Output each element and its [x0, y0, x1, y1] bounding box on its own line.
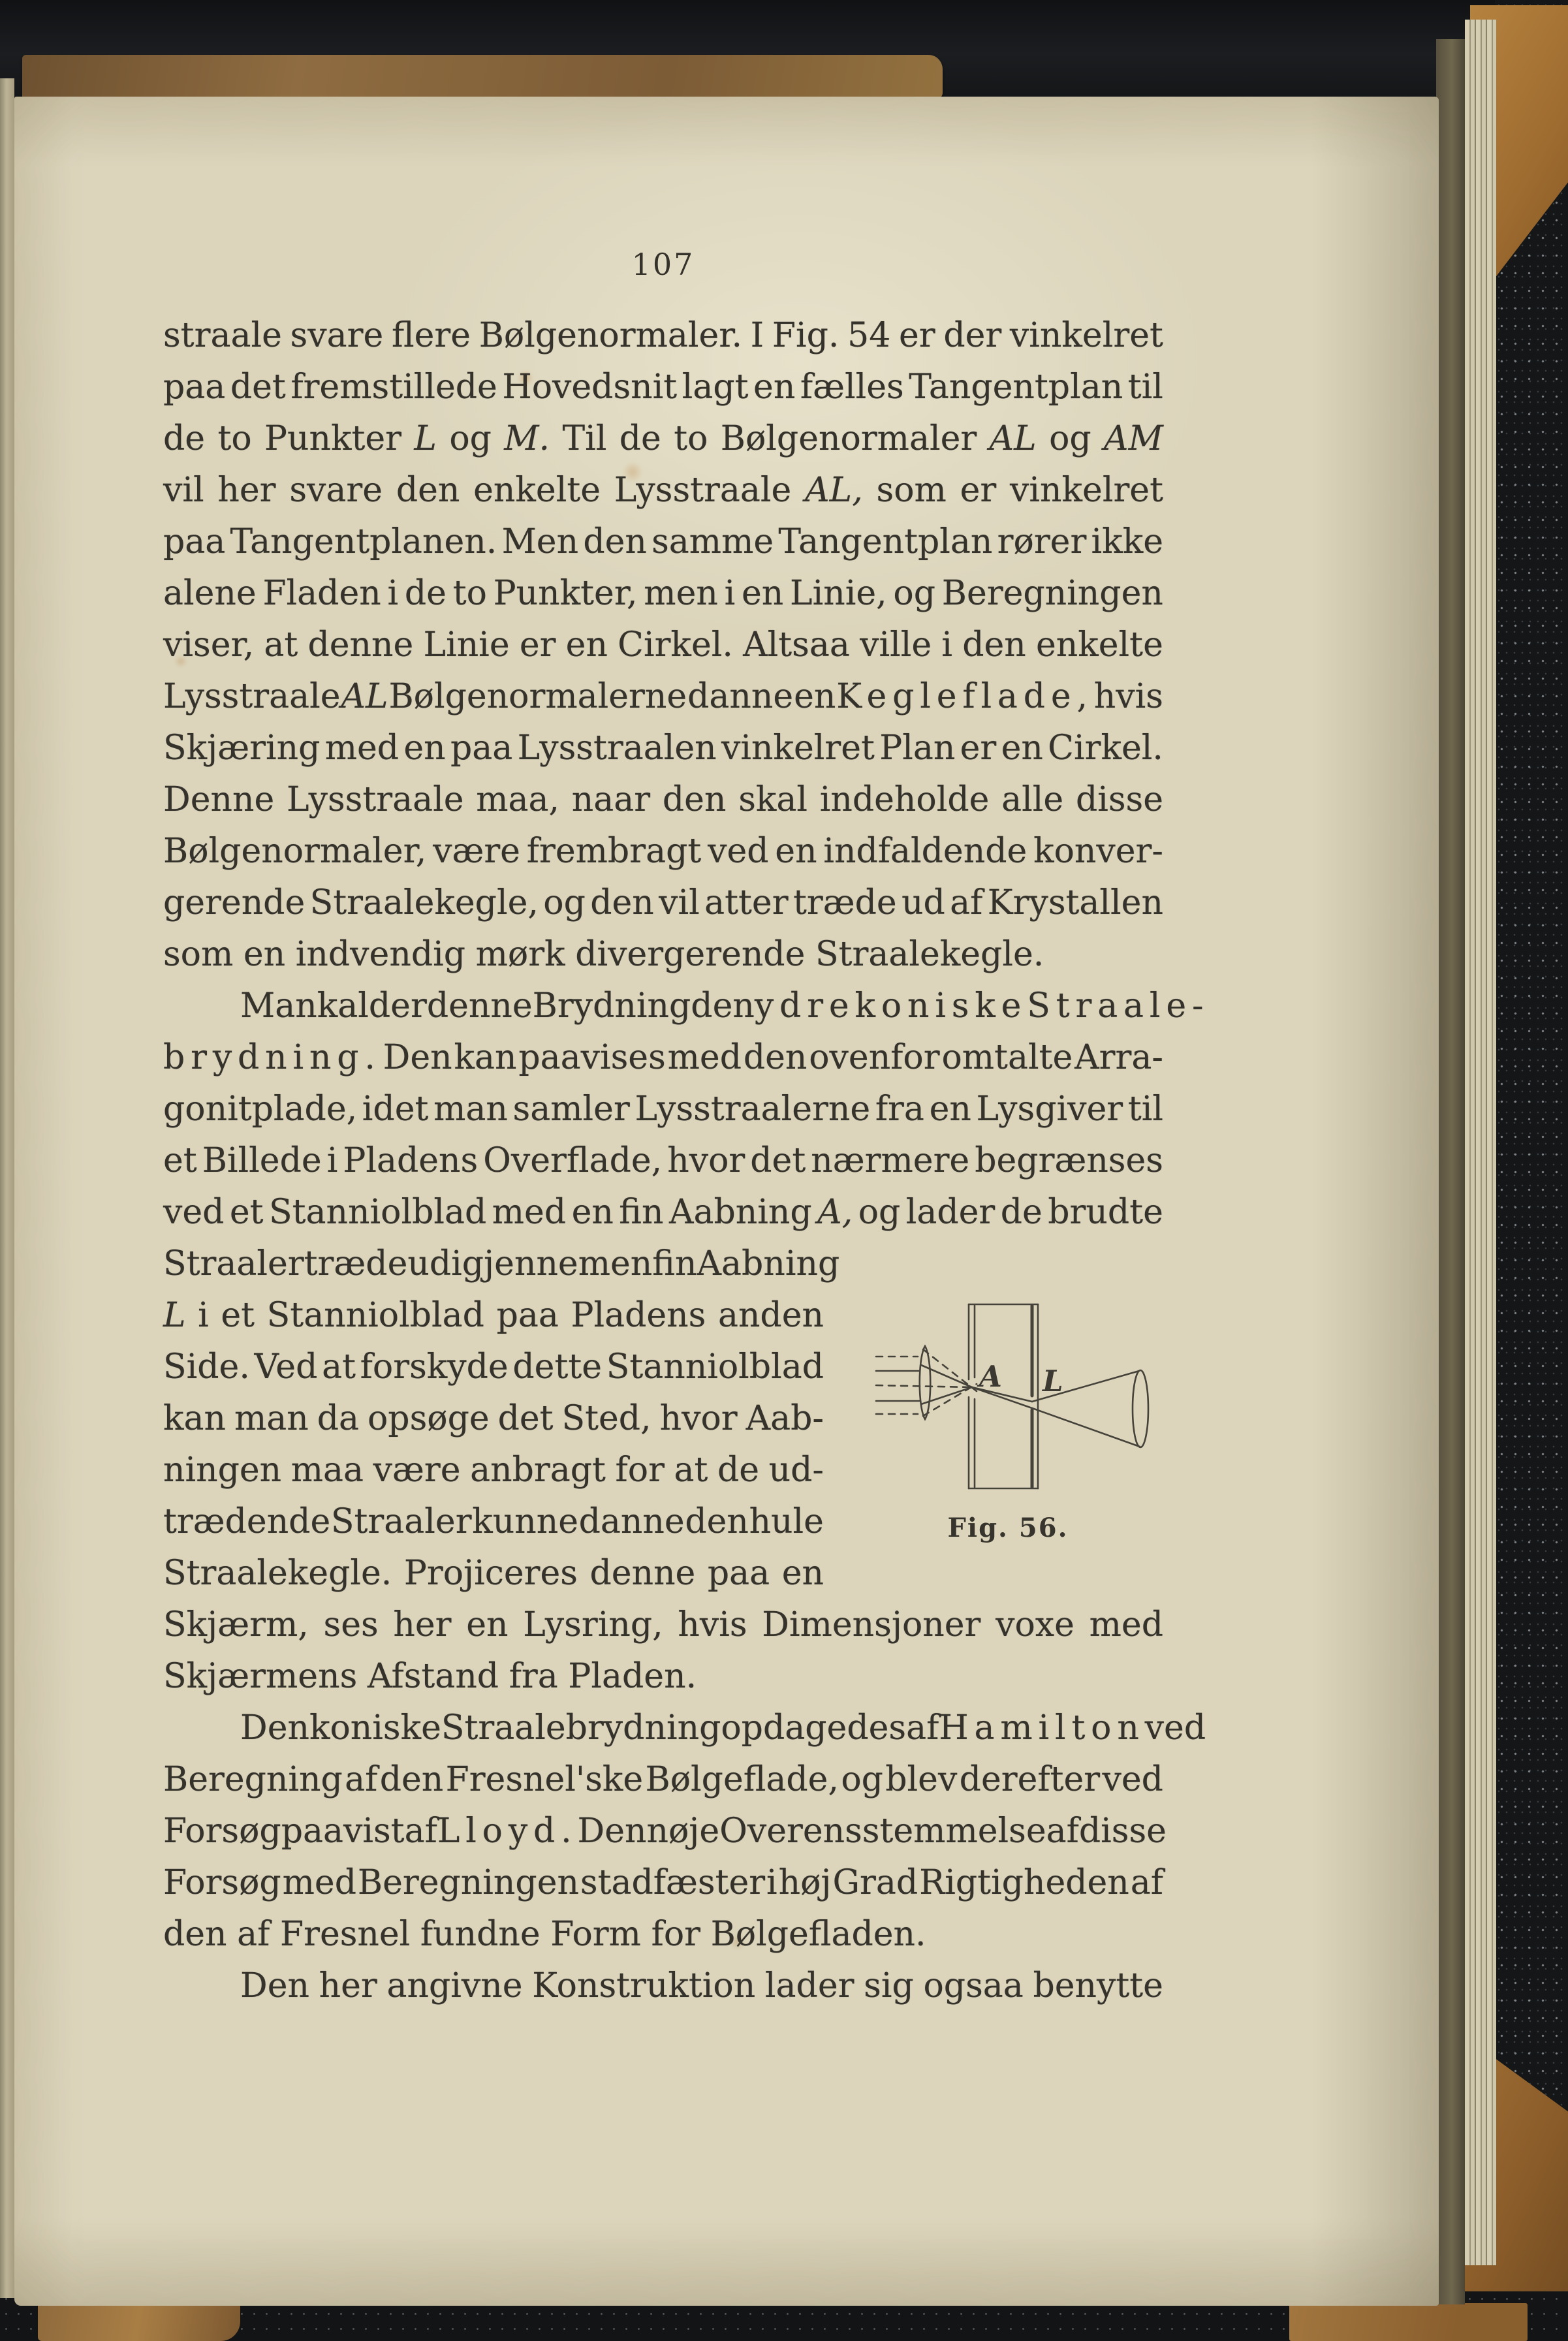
text-line: aleneFladenidetoPunkter,menienLinie,ogBe… [163, 568, 1163, 620]
word: Afstand [368, 1651, 499, 1703]
word: Lysstraale [614, 465, 792, 516]
word: en [572, 1187, 614, 1238]
word: af [1131, 1857, 1163, 1909]
word: anbragt [470, 1445, 606, 1496]
word: fra [875, 1084, 924, 1135]
text-line: ForsøgmedBeregningenstadfæsterihøjGradRi… [163, 1857, 1163, 1909]
word: af [1046, 1806, 1079, 1857]
word: indfaldende [823, 826, 1027, 877]
word: et [221, 1290, 255, 1342]
word: Projiceres [404, 1548, 578, 1599]
word: gerende [163, 877, 305, 929]
word: derefter [960, 1754, 1100, 1806]
word: træde [793, 877, 897, 929]
text-line: SkjæringmedenpaaLysstraalenvinkelretPlan… [163, 723, 1163, 774]
word: Lysstraale [163, 671, 341, 723]
word: Straalekegle. [163, 1548, 392, 1599]
word: lader [765, 1960, 855, 2012]
text-line: gerendeStraalekegle,ogdenvilattertrædeud… [163, 877, 1163, 929]
word: Stanniolblad [267, 1290, 484, 1342]
word: samme [651, 516, 774, 568]
text-line: Straalekegle.Projiceresdennepaaen [163, 1548, 824, 1599]
word: mørk [476, 929, 565, 981]
word: fin [619, 1187, 663, 1238]
word: Bølgenormaler. [479, 310, 742, 362]
word: alene [163, 568, 257, 620]
word: Arra- [1074, 1032, 1163, 1084]
text-line: paaTangentplanen.MendensammeTangentplanr… [163, 516, 1163, 568]
word: ved [163, 1187, 224, 1238]
word: Fladen [262, 568, 381, 620]
word: hvor [667, 1135, 745, 1187]
word: angivne [386, 1960, 522, 2012]
text-line: ningenmaaværeanbragtforatdeud- [163, 1445, 824, 1496]
cone-base-ellipse [1133, 1370, 1148, 1447]
word: denne [307, 620, 413, 671]
word: den [685, 1496, 749, 1548]
word: Ved [255, 1342, 318, 1393]
word: naar [572, 774, 650, 826]
text-line: etBilledeiPladensOverflade,hvordetnærmer… [163, 1135, 1163, 1187]
word: Beregningen [358, 1857, 579, 1909]
word: to [453, 568, 487, 620]
word: koniske [309, 1703, 441, 1754]
word: høj [779, 1857, 832, 1909]
word: her [393, 1599, 451, 1651]
word: af [345, 1754, 377, 1806]
word: Lysring, [523, 1599, 663, 1651]
word: Hamilton [939, 1703, 1144, 1754]
word: den [962, 620, 1026, 671]
word: den [583, 516, 647, 568]
word: ovenfor [809, 1032, 939, 1084]
word: igjennem [451, 1238, 610, 1290]
word: er [520, 620, 556, 671]
text-line: Side.VedatforskydedetteStanniolblad [163, 1342, 824, 1393]
word: Den [240, 1703, 309, 1754]
text-line: LysstraaleALBølgenormalernedanneenKeglef… [163, 671, 1163, 723]
word: Straaler [331, 1496, 472, 1548]
word: i [387, 568, 398, 620]
word: disse [1076, 774, 1163, 826]
word: og [543, 877, 586, 929]
word: paa [163, 362, 225, 413]
word: Punkter, [494, 568, 638, 620]
text-line: vilhersvaredenenkelteLysstraaleAL,somerv… [163, 465, 1163, 516]
word: og [449, 413, 492, 465]
word: skal [738, 774, 808, 826]
word: Bølgeflade, [646, 1754, 839, 1806]
word: en [742, 568, 783, 620]
word: Pladens [571, 1290, 706, 1342]
word: og [858, 1187, 901, 1238]
word: ved [1145, 1703, 1206, 1754]
word: Til [562, 413, 606, 465]
text-line: paadetfremstilledeHovedsnitlagtenfællesT… [163, 362, 1163, 413]
word: anden [718, 1290, 824, 1342]
word: AL [341, 671, 388, 723]
word: Kegleflade, [836, 671, 1093, 723]
text-line: kanmandaopsøgedetSted,hvorAab- [163, 1393, 824, 1445]
word: Forsøg [163, 1857, 281, 1909]
word: lader [906, 1187, 996, 1238]
cone-lower-edge [1032, 1408, 1140, 1447]
word: maa [291, 1445, 364, 1496]
word: Rigtigheden [919, 1857, 1129, 1909]
word: disse [1079, 1806, 1167, 1857]
word: Stanniolblad [269, 1187, 486, 1238]
word: Lysstraalerne [635, 1084, 870, 1135]
word: Straale- [1027, 981, 1209, 1032]
word: straale [163, 310, 282, 362]
word: Overflade, [483, 1135, 662, 1187]
word: kalder [317, 981, 427, 1032]
word: I [751, 310, 764, 362]
word: alle [1001, 774, 1063, 826]
word: Straalekegle, [310, 877, 539, 929]
cover-right-panel [1495, 0, 1568, 2341]
word: kunne [472, 1496, 578, 1548]
word: hule [749, 1496, 824, 1548]
word: være [373, 1445, 461, 1496]
word: Overensstemmelse [719, 1806, 1046, 1857]
word: med [668, 1032, 742, 1084]
text-line: BeregningafdenFresnel'skeBølgeflade,ogbl… [163, 1754, 1163, 1806]
word: en [403, 723, 445, 774]
word: enkelte [1036, 620, 1163, 671]
word: ikke [1091, 516, 1163, 568]
word: samler [513, 1084, 630, 1135]
word: ud [902, 877, 945, 929]
word: en [466, 1599, 508, 1651]
word: Cirkel. [618, 620, 733, 671]
word: i [941, 620, 952, 671]
word: en [753, 362, 795, 413]
word: benytte [1033, 1960, 1163, 2012]
body-text: straalesvareflereBølgenormaler.IFig.54er… [163, 310, 1163, 2012]
word: sig [864, 1960, 914, 2012]
word: Skjærm, [163, 1599, 309, 1651]
text-line: Bølgenormaler,værefrembragtvedenindfalde… [163, 826, 1163, 877]
word: Form [550, 1909, 641, 1960]
word: det [498, 1393, 554, 1445]
word: svare [290, 310, 384, 362]
word: i [198, 1290, 209, 1342]
word: Fresnel'ske [446, 1754, 644, 1806]
word: træde [304, 1238, 408, 1290]
word: paa [163, 516, 225, 568]
word: her [319, 1960, 377, 2012]
word: Lysstraalen [518, 723, 717, 774]
word: 54 [847, 310, 890, 362]
word: for [651, 1909, 700, 1960]
text-line: DenherangivneKonstruktionladersigogsaabe… [163, 1960, 1163, 2012]
word: med [283, 1857, 356, 1909]
word: kan [163, 1393, 226, 1445]
word: Beregningen [942, 568, 1163, 620]
word: svare [289, 465, 383, 516]
word: Linie, [790, 568, 887, 620]
word: atter [704, 877, 788, 929]
word: Aabning [697, 1238, 839, 1290]
word: det [750, 1135, 806, 1187]
word: Bølgenormaler [721, 413, 977, 465]
text-line: trædendeStraalerkunnedannedenhule [163, 1496, 824, 1548]
word: de [1001, 1187, 1043, 1238]
word: af [906, 1703, 939, 1754]
word: ud- [769, 1445, 824, 1496]
word: Side. [163, 1342, 250, 1393]
word: Fresnel [280, 1909, 410, 1960]
word: et [230, 1187, 264, 1238]
word: indeholde [820, 774, 990, 826]
word: den [396, 465, 460, 516]
word: Straalekegle. [815, 929, 1044, 981]
word: ville [860, 620, 932, 671]
word: brydning. [163, 1032, 381, 1084]
word: hvis [1094, 671, 1163, 723]
word: Tangentplanen. [230, 516, 497, 568]
word: den [163, 1909, 227, 1960]
word: Tangentplan [909, 362, 1123, 413]
word: en [775, 826, 817, 877]
word: paa [708, 1548, 770, 1599]
word: Pladen. [568, 1651, 697, 1703]
word: de [717, 1445, 759, 1496]
optical-diagram-lines [876, 1304, 1148, 1488]
word: da [317, 1393, 359, 1445]
word: indvendig [296, 929, 465, 981]
word: en [1001, 723, 1043, 774]
word: med [492, 1187, 566, 1238]
word: idet [362, 1084, 429, 1135]
word: voxe [996, 1599, 1074, 1651]
word: med [1090, 1599, 1163, 1651]
text-line: DenneLysstraalemaa,naardenskalindeholdea… [163, 774, 1163, 826]
word: vinkelret [1010, 310, 1163, 362]
word: danne [579, 1496, 685, 1548]
word: at [674, 1445, 708, 1496]
word: i [766, 1857, 777, 1909]
word: det [230, 362, 286, 413]
word: den [590, 877, 654, 929]
word: forskyde [360, 1342, 509, 1393]
word: paa [450, 723, 512, 774]
text-line: gonitplade,idetmansamlerLysstraalernefra… [163, 1084, 1163, 1135]
word: divergerende [575, 929, 805, 981]
word: af [237, 1909, 270, 1960]
word: Plan [879, 723, 955, 774]
word: A, [817, 1187, 853, 1238]
word: ud [407, 1238, 451, 1290]
word: AL [990, 413, 1037, 465]
word: AM [1104, 413, 1163, 465]
word: for [616, 1445, 665, 1496]
word: Den [578, 1806, 647, 1857]
word: kan [454, 1032, 516, 1084]
word: være [433, 826, 520, 877]
word: Men [502, 516, 579, 568]
text-line: brydning.Denkanpaavisesmeddenovenforomta… [163, 1032, 1163, 1084]
word: brudte [1048, 1187, 1163, 1238]
word: ogsaa [923, 1960, 1023, 2012]
word: Stanniolblad [606, 1342, 824, 1393]
word: Punkter [264, 413, 401, 465]
word: hvor [660, 1393, 738, 1445]
text-line: StraalertrædeudigjennemenfinAabning [163, 1238, 824, 1290]
axial-ray-dashed [876, 1385, 971, 1387]
word: opdagedes [721, 1703, 906, 1754]
word: ses [324, 1599, 379, 1651]
text-line: LietStanniolbladpaaPladensanden [163, 1290, 824, 1342]
word: trædende [163, 1496, 330, 1548]
word: Bølgefladen. [711, 1909, 926, 1960]
word: denne [590, 1548, 696, 1599]
word: L [163, 1290, 186, 1342]
word: fremstillede [290, 362, 497, 413]
text-line: MankalderdenneBrydningdenydrekoniskeStra… [163, 981, 1163, 1032]
word: Altsaa [743, 620, 850, 671]
word: at [264, 620, 298, 671]
word: er [960, 723, 997, 774]
page-edge-stack [1465, 20, 1496, 2265]
word: Cirkel. [1048, 723, 1163, 774]
word: Hovedsnit [502, 362, 677, 413]
word: rører [997, 516, 1087, 568]
word: dette [512, 1342, 602, 1393]
word: et [163, 1135, 197, 1187]
word: enkelte [473, 465, 601, 516]
word: nærmere [811, 1135, 969, 1187]
word: er [960, 465, 997, 516]
word: Skjærmens [163, 1651, 357, 1703]
word: Bølgenormaler, [163, 826, 426, 877]
page-gutter-shadow [1436, 39, 1465, 2304]
text-line: SkjærmensAfstandfraPladen. [163, 1651, 1163, 1703]
word: ved [708, 826, 768, 877]
word: en [782, 1548, 824, 1599]
word: den [744, 1032, 808, 1084]
lens-outline [920, 1346, 931, 1419]
word: Aabning [669, 1187, 812, 1238]
word: en [243, 929, 285, 981]
word: vil [163, 465, 204, 516]
word: viser, [163, 620, 254, 671]
word: de [619, 413, 661, 465]
word: AL, [805, 465, 863, 516]
book-page: 107 straalesvareflereBølgenormaler.IFig.… [14, 97, 1439, 2306]
leather-strip-bottom-right [1289, 2303, 1528, 2341]
word: af [950, 877, 982, 929]
aperture-l-label: L [1041, 1364, 1063, 1398]
word: fundne [420, 1909, 541, 1960]
word: Pladens [343, 1135, 478, 1187]
word: Sted, [562, 1393, 651, 1445]
word: den [380, 1754, 444, 1806]
word: som [163, 929, 233, 981]
word: fra [509, 1651, 558, 1703]
word: i [327, 1135, 338, 1187]
word: Billede [202, 1135, 322, 1187]
word: er [899, 310, 935, 362]
word: de [405, 568, 447, 620]
word: paavises [518, 1032, 665, 1084]
word: begrænses [975, 1135, 1163, 1187]
word: at [322, 1342, 356, 1393]
word: to [674, 413, 708, 465]
word: af [405, 1806, 437, 1857]
word: en [794, 671, 836, 723]
word: og [1049, 413, 1091, 465]
word: paa [497, 1290, 559, 1342]
word: Krystallen [988, 877, 1163, 929]
text-line: viser,atdenneLinieerenCirkel.Altsaaville… [163, 620, 1163, 671]
word: Man [240, 981, 317, 1032]
text-line: ForsøgpaavistafLloyd.DennøjeOverensstemm… [163, 1806, 1163, 1857]
word: den [691, 981, 755, 1032]
word: lagt [682, 362, 749, 413]
scanned-book-photo: { "page": { "number": "107", "figure": {… [0, 0, 1568, 2341]
word: Grad [832, 1857, 918, 1909]
word: en [930, 1084, 971, 1135]
word: koniske [855, 981, 1027, 1032]
word: M. [504, 413, 550, 465]
word: Den [240, 1960, 309, 2012]
word: danne [687, 671, 793, 723]
word: fin [652, 1238, 697, 1290]
word: og [841, 1754, 883, 1806]
word: denne [427, 981, 533, 1032]
word: Tangentplan [778, 516, 992, 568]
text-line: vedetStanniolbladmedenfinAabningA,oglade… [163, 1187, 1163, 1238]
text-line: DenkoniskeStraalebrydningopdagedesafHami… [163, 1703, 1163, 1754]
text-line: somenindvendigmørkdivergerendeStraalekeg… [163, 929, 1163, 981]
word: Forsøg [163, 1806, 281, 1857]
word: konver- [1033, 826, 1163, 877]
word: vinkelret [1010, 465, 1163, 516]
word: Den [383, 1032, 452, 1084]
word: hvis [678, 1599, 747, 1651]
word: som [877, 465, 947, 516]
word: Konstruktion [532, 1960, 755, 2012]
word: to [217, 413, 251, 465]
aperture-a-label: A [977, 1359, 1002, 1394]
text-line: Skjærm,sesherenLysring,hvisDimensjonervo… [163, 1599, 1163, 1651]
word: ydre [755, 981, 855, 1032]
word: Linie [424, 620, 510, 671]
word: til [1128, 362, 1163, 413]
word: og [893, 568, 935, 620]
word: paavist [281, 1806, 405, 1857]
word: Brydning [533, 981, 691, 1032]
word: en [610, 1238, 652, 1290]
left-page-edge [0, 78, 14, 2298]
word: Straaler [163, 1238, 304, 1290]
text-line: straalesvareflereBølgenormaler.IFig.54er… [163, 310, 1163, 362]
word: omtalte [941, 1032, 1073, 1084]
figure-caption: Fig. 56. [947, 1513, 1068, 1543]
word: nøje [647, 1806, 720, 1857]
leather-strip-top [22, 55, 943, 99]
word: de [163, 413, 205, 465]
word: Straalebrydning [441, 1703, 721, 1754]
word: vil [659, 877, 700, 929]
word: Fig. [772, 310, 839, 362]
word: med [325, 723, 399, 774]
word: fælles [800, 362, 904, 413]
word: man [234, 1393, 309, 1445]
page-number: 107 [163, 247, 1163, 282]
